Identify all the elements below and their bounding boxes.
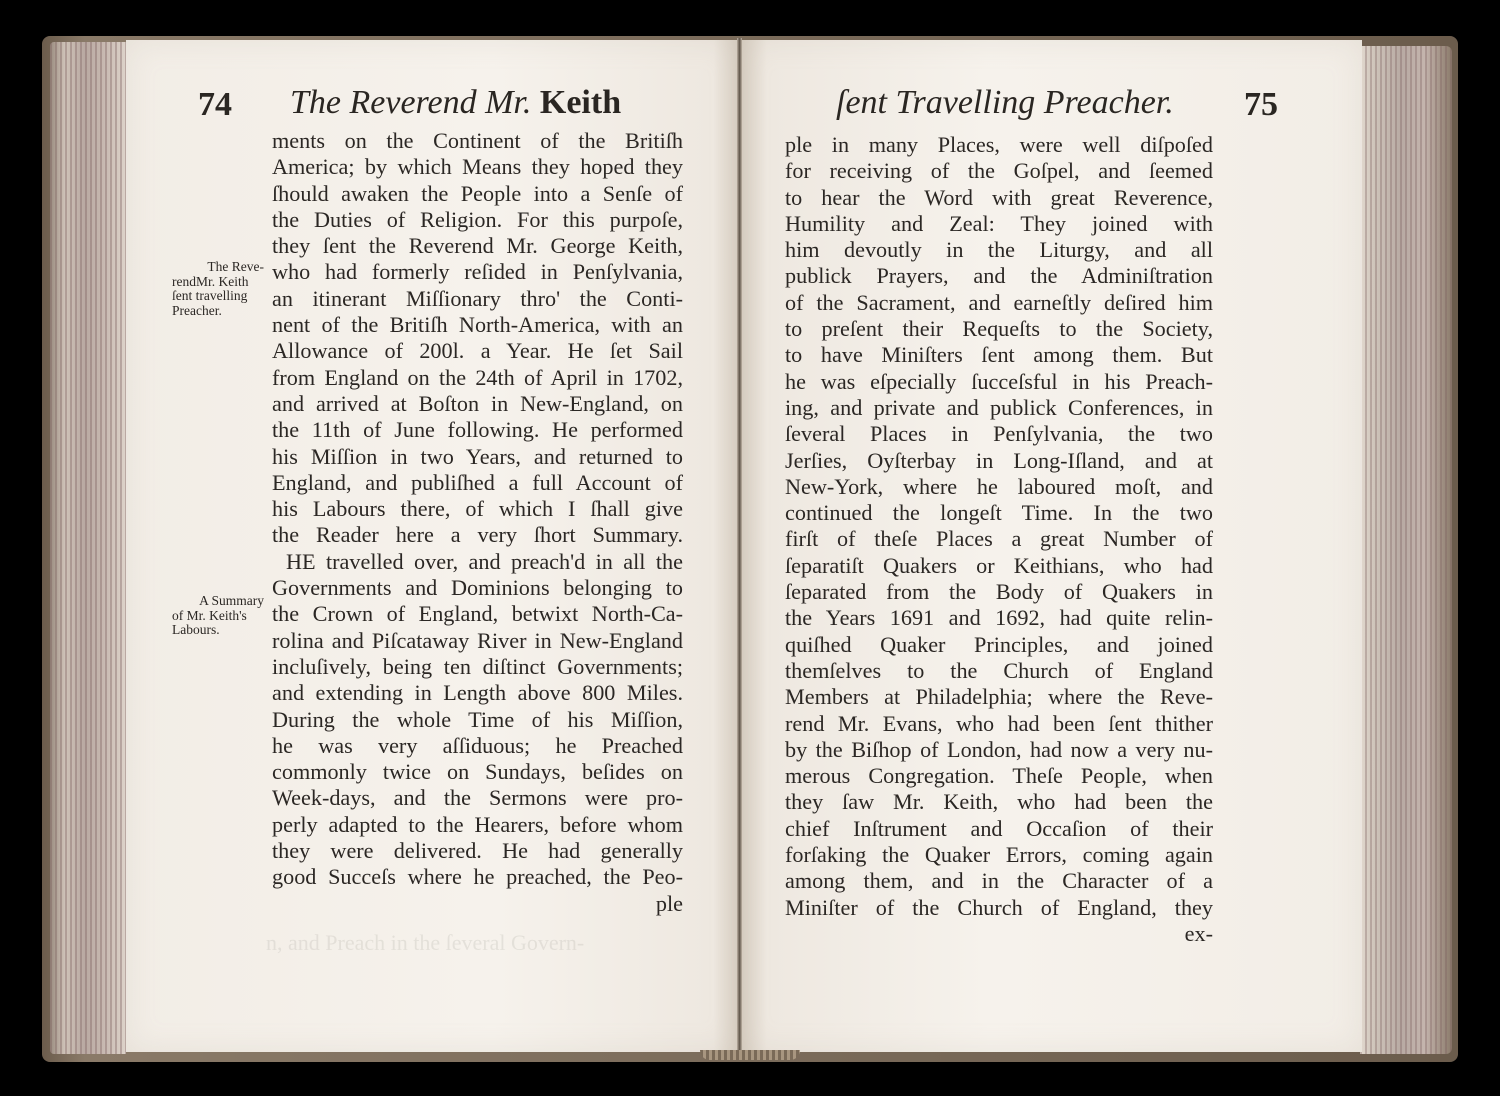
text-line: to hear the Word with great Reverence,: [785, 185, 1213, 211]
running-head-roman: Keith: [540, 84, 621, 121]
show-through-text: n, and Preach in the ſeveral Govern-: [266, 930, 584, 956]
text-line: Governments and Dominions belonging to: [272, 575, 683, 601]
text-line: and extending in Length above 800 Miles.: [272, 680, 683, 706]
page-number-left: 74: [198, 86, 232, 124]
text-line: ſeparatiſt Quakers or Keithians, who had: [785, 553, 1213, 579]
text-line: Members at Philadelphia; where the Reve-: [785, 684, 1213, 710]
text-line: chief Inſtrument and Occaſion of their: [785, 816, 1213, 842]
text-line: among them, and in the Character of a: [785, 868, 1213, 894]
text-line: ments on the Continent of the Britiſh: [272, 128, 683, 154]
text-line: he was very aſſiduous; he Preached: [272, 733, 683, 759]
text-line: an itinerant Miſſionary thro' the Conti-: [272, 286, 683, 312]
text-line: publick Prayers, and the Adminiſtration: [785, 263, 1213, 289]
text-line: the 11th of June following. He performed: [272, 417, 683, 443]
text-line: rolina and Piſcataway River in New-Engla…: [272, 628, 683, 654]
text-line: the Reader here a very ſhort Summary.: [272, 522, 683, 548]
text-line: they ſent the Reverend Mr. George Keith,: [272, 233, 683, 259]
text-line: merous Congregation. Theſe People, when: [785, 763, 1213, 789]
text-line: they ſaw Mr. Keith, who had been the: [785, 789, 1213, 815]
text-line: Week-days, and the Sermons were pro-: [272, 785, 683, 811]
text-line: quiſhed Quaker Principles, and joined: [785, 632, 1213, 658]
running-head-italic: The Reverend Mr.: [290, 84, 531, 121]
catchword: ex-: [785, 921, 1213, 947]
text-line: England, and publiſhed a full Account of: [272, 470, 683, 496]
text-line: ing, and private and publick Conferences…: [785, 395, 1213, 421]
text-line: During the whole Time of his Miſſion,: [272, 707, 683, 733]
spine-headband: [700, 1050, 800, 1060]
left-fore-edge: [50, 42, 126, 1054]
running-head-left: The Reverend Mr. Keith: [290, 84, 621, 122]
text-line: who had formerly reſided in Penſylvania,: [272, 259, 683, 285]
text-line: to preſent their Requeſts to the Society…: [785, 316, 1213, 342]
margin-note-keith-sent: The Reve- rendMr. Keith ſent travelling …: [172, 260, 264, 318]
margin-note-summary: A Summary of Mr. Keith's Labours.: [172, 594, 264, 638]
text-line: continued the longeſt Time. In the two: [785, 500, 1213, 526]
text-line: from England on the 24th of April in 170…: [272, 365, 683, 391]
text-line: for receiving of the Goſpel, and ſeemed: [785, 158, 1213, 184]
right-page-body: ple in many Places, were well diſpoſed f…: [785, 132, 1213, 947]
left-page-body: ments on the Continent of the Britiſh Am…: [272, 128, 683, 917]
text-line: and arrived at Boſton in New-England, on: [272, 391, 683, 417]
text-line: him devoutly in the Liturgy, and all: [785, 237, 1213, 263]
text-line: Allowance of 200l. a Year. He ſet Sail: [272, 338, 683, 364]
text-line: they were delivered. He had generally: [272, 838, 683, 864]
text-line: America; by which Means they hoped they: [272, 154, 683, 180]
text-line: rend Mr. Evans, who had been ſent thithe…: [785, 711, 1213, 737]
text-line: good Succeſs where he preached, the Peo-: [272, 864, 683, 890]
text-line: New-York, where he laboured moſt, and: [785, 474, 1213, 500]
text-line: incluſively, being ten diſtinct Governme…: [272, 654, 683, 680]
text-line: ple in many Places, were well diſpoſed: [785, 132, 1213, 158]
text-line: ſeparated from the Body of Quakers in: [785, 579, 1213, 605]
text-line: HE travelled over, and preach'd in all t…: [272, 549, 683, 575]
page-number-right: 75: [1244, 86, 1278, 124]
text-line: he was eſpecially ſucceſsful in his Prea…: [785, 369, 1213, 395]
text-line: Miniſter of the Church of England, they: [785, 895, 1213, 921]
text-line: firſt of theſe Places a great Number of: [785, 526, 1213, 552]
text-line: to have Miniſters ſent among them. But: [785, 342, 1213, 368]
text-line: nent of the Britiſh North-America, with …: [272, 312, 683, 338]
text-line: his Labours there, of which I ſhall give: [272, 496, 683, 522]
running-head-italic: ſent Travelling Preacher.: [836, 84, 1174, 121]
book-gutter: [737, 38, 742, 1058]
running-head-right: ſent Travelling Preacher.: [836, 84, 1174, 122]
catchword: ple: [272, 891, 683, 917]
text-line: by the Biſhop of London, had now a very …: [785, 737, 1213, 763]
text-line: the Crown of England, betwixt North-Ca-: [272, 601, 683, 627]
text-line: ſeveral Places in Penſylvania, the two: [785, 421, 1213, 447]
text-line: the Duties of Religion. For this purpoſe…: [272, 207, 683, 233]
text-line: the Years 1691 and 1692, had quite relin…: [785, 605, 1213, 631]
text-line: his Miſſion in two Years, and returned t…: [272, 444, 683, 470]
text-line: themſelves to the Church of England: [785, 658, 1213, 684]
text-line: Jerſies, Oyſterbay in Long-Iſland, and a…: [785, 448, 1213, 474]
text-line: perly adapted to the Hearers, before who…: [272, 812, 683, 838]
text-line: forſaking the Quaker Errors, coming agai…: [785, 842, 1213, 868]
text-line: commonly twice on Sundays, beſides on: [272, 759, 683, 785]
text-line: of the Sacrament, and earneſtly deſired …: [785, 290, 1213, 316]
right-fore-edge: [1360, 46, 1452, 1054]
text-line: Humility and Zeal: They joined with: [785, 211, 1213, 237]
text-line: ſhould awaken the People into a Senſe of: [272, 181, 683, 207]
